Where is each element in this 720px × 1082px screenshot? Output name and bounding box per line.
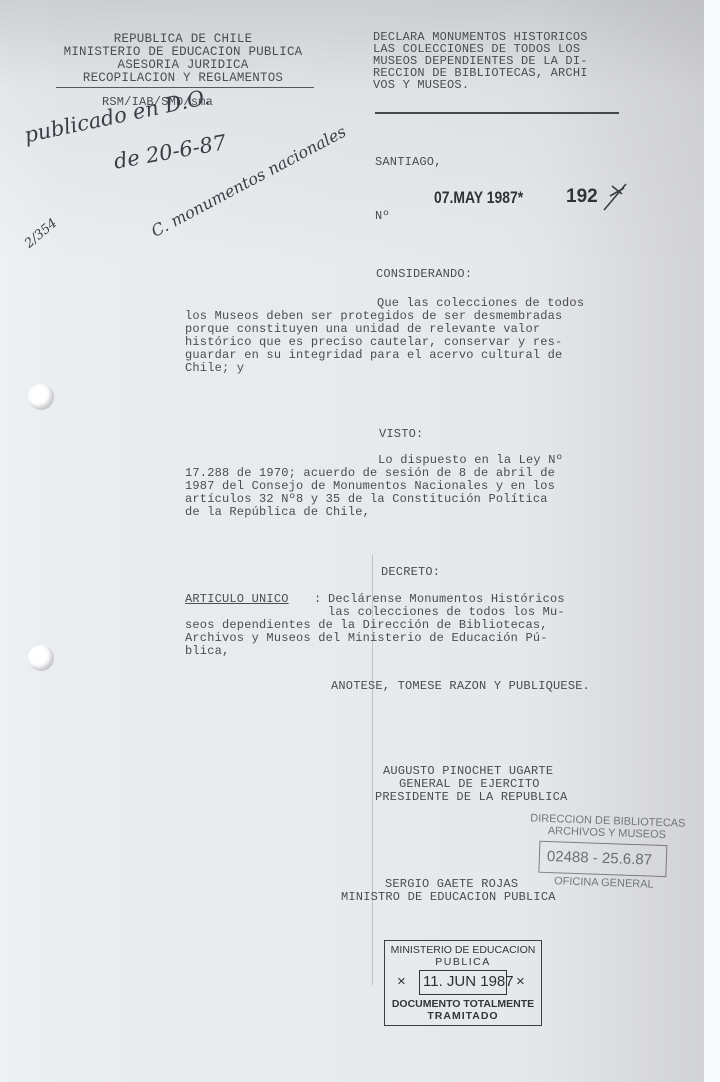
body-line: Que las colecciones de todos — [377, 297, 584, 309]
article-label: ARTICULO UNICO — [185, 593, 289, 605]
letterhead-rule — [56, 87, 314, 88]
body-line: guardar en su integridad para el acervo … — [185, 349, 562, 361]
stamp-x-icon: × — [397, 973, 406, 990]
visto-heading: VISTO: — [379, 428, 423, 440]
body-line: Declárense Monumentos Históricos — [328, 593, 565, 605]
number-scribble-icon — [600, 178, 630, 214]
letterhead-ministry: MINISTERIO DE EDUCACION PUBLICA — [52, 46, 314, 59]
body-line: porque constituyen una unidad de relevan… — [185, 323, 540, 335]
minister-name: SERGIO GAETE ROJAS — [385, 878, 518, 890]
body-line: Lo dispuesto en la Ley Nº — [378, 454, 563, 466]
letterhead-country: REPUBLICA DE CHILE — [52, 33, 314, 46]
body-line: seos dependientes de la Dirección de Bib… — [185, 619, 548, 631]
city: SANTIAGO, — [375, 156, 442, 168]
number-label: Nº — [375, 210, 390, 222]
body-line: los Museos deben ser protegidos de ser d… — [185, 310, 562, 322]
fold-line — [372, 555, 373, 985]
closing-formula: ANOTESE, TOMESE RAZON Y PUBLIQUESE. — [331, 680, 590, 692]
stamp-x-icon: × — [516, 973, 525, 990]
dibam-received-stamp: DIRECCION DE BIBLIOTECAS ARCHIVOS Y MUSE… — [524, 810, 687, 901]
date-stamp: 07.MAY 1987* — [434, 188, 523, 208]
body-line: blica, — [185, 645, 229, 657]
decree-number: 192 — [566, 186, 598, 208]
punch-hole — [28, 645, 54, 671]
scanned-page — [0, 0, 704, 1082]
letterhead-section: RECOPILACION Y REGLAMENTOS — [52, 72, 314, 85]
stamp-date: 11. JUN 1987 — [423, 973, 514, 990]
punch-hole — [28, 384, 54, 410]
stamp-entry-number: 02488 - 25.6.87 — [547, 848, 653, 869]
president-rank: GENERAL DE EJERCITO — [399, 778, 540, 790]
president-title: PRESIDENTE DE LA REPUBLICA — [375, 791, 567, 803]
subject-rule — [375, 112, 619, 114]
stamp-text: MINISTERIO DE EDUCACION — [385, 944, 541, 956]
stamp-text: DOCUMENTO TOTALMENTE — [385, 998, 541, 1010]
body-line: Archivos y Museos del Ministerio de Educ… — [185, 632, 548, 644]
body-line: 17.288 de 1970; acuerdo de sesión de 8 d… — [185, 467, 555, 479]
body-line: 1987 del Consejo de Monumentos Nacionale… — [185, 480, 555, 492]
subject-line: VOS Y MUSEOS. — [373, 79, 469, 91]
article-separator: : — [314, 593, 321, 605]
body-line: las colecciones de todos los Mu- — [328, 606, 565, 618]
considerando-heading: CONSIDERANDO: — [376, 268, 472, 280]
stamp-text: PUBLICA — [385, 956, 541, 968]
body-line: de la República de Chile, — [185, 506, 370, 518]
page-edge — [704, 0, 720, 1082]
president-name: AUGUSTO PINOCHET UGARTE — [383, 765, 553, 777]
body-line: histórico que es preciso cautelar, conse… — [185, 336, 562, 348]
letterhead-department: ASESORIA JURIDICA — [52, 59, 314, 72]
body-line: artículos 32 Nº8 y 35 de la Constitución… — [185, 493, 548, 505]
stamp-text: OFICINA GENERAL — [554, 875, 654, 890]
stamp-text: TRAMITADO — [385, 1010, 541, 1022]
body-line: Chile; y — [185, 362, 244, 374]
mineduc-processed-stamp: MINISTERIO DE EDUCACION PUBLICA × 11. JU… — [384, 940, 542, 1026]
decreto-heading: DECRETO: — [381, 566, 440, 578]
